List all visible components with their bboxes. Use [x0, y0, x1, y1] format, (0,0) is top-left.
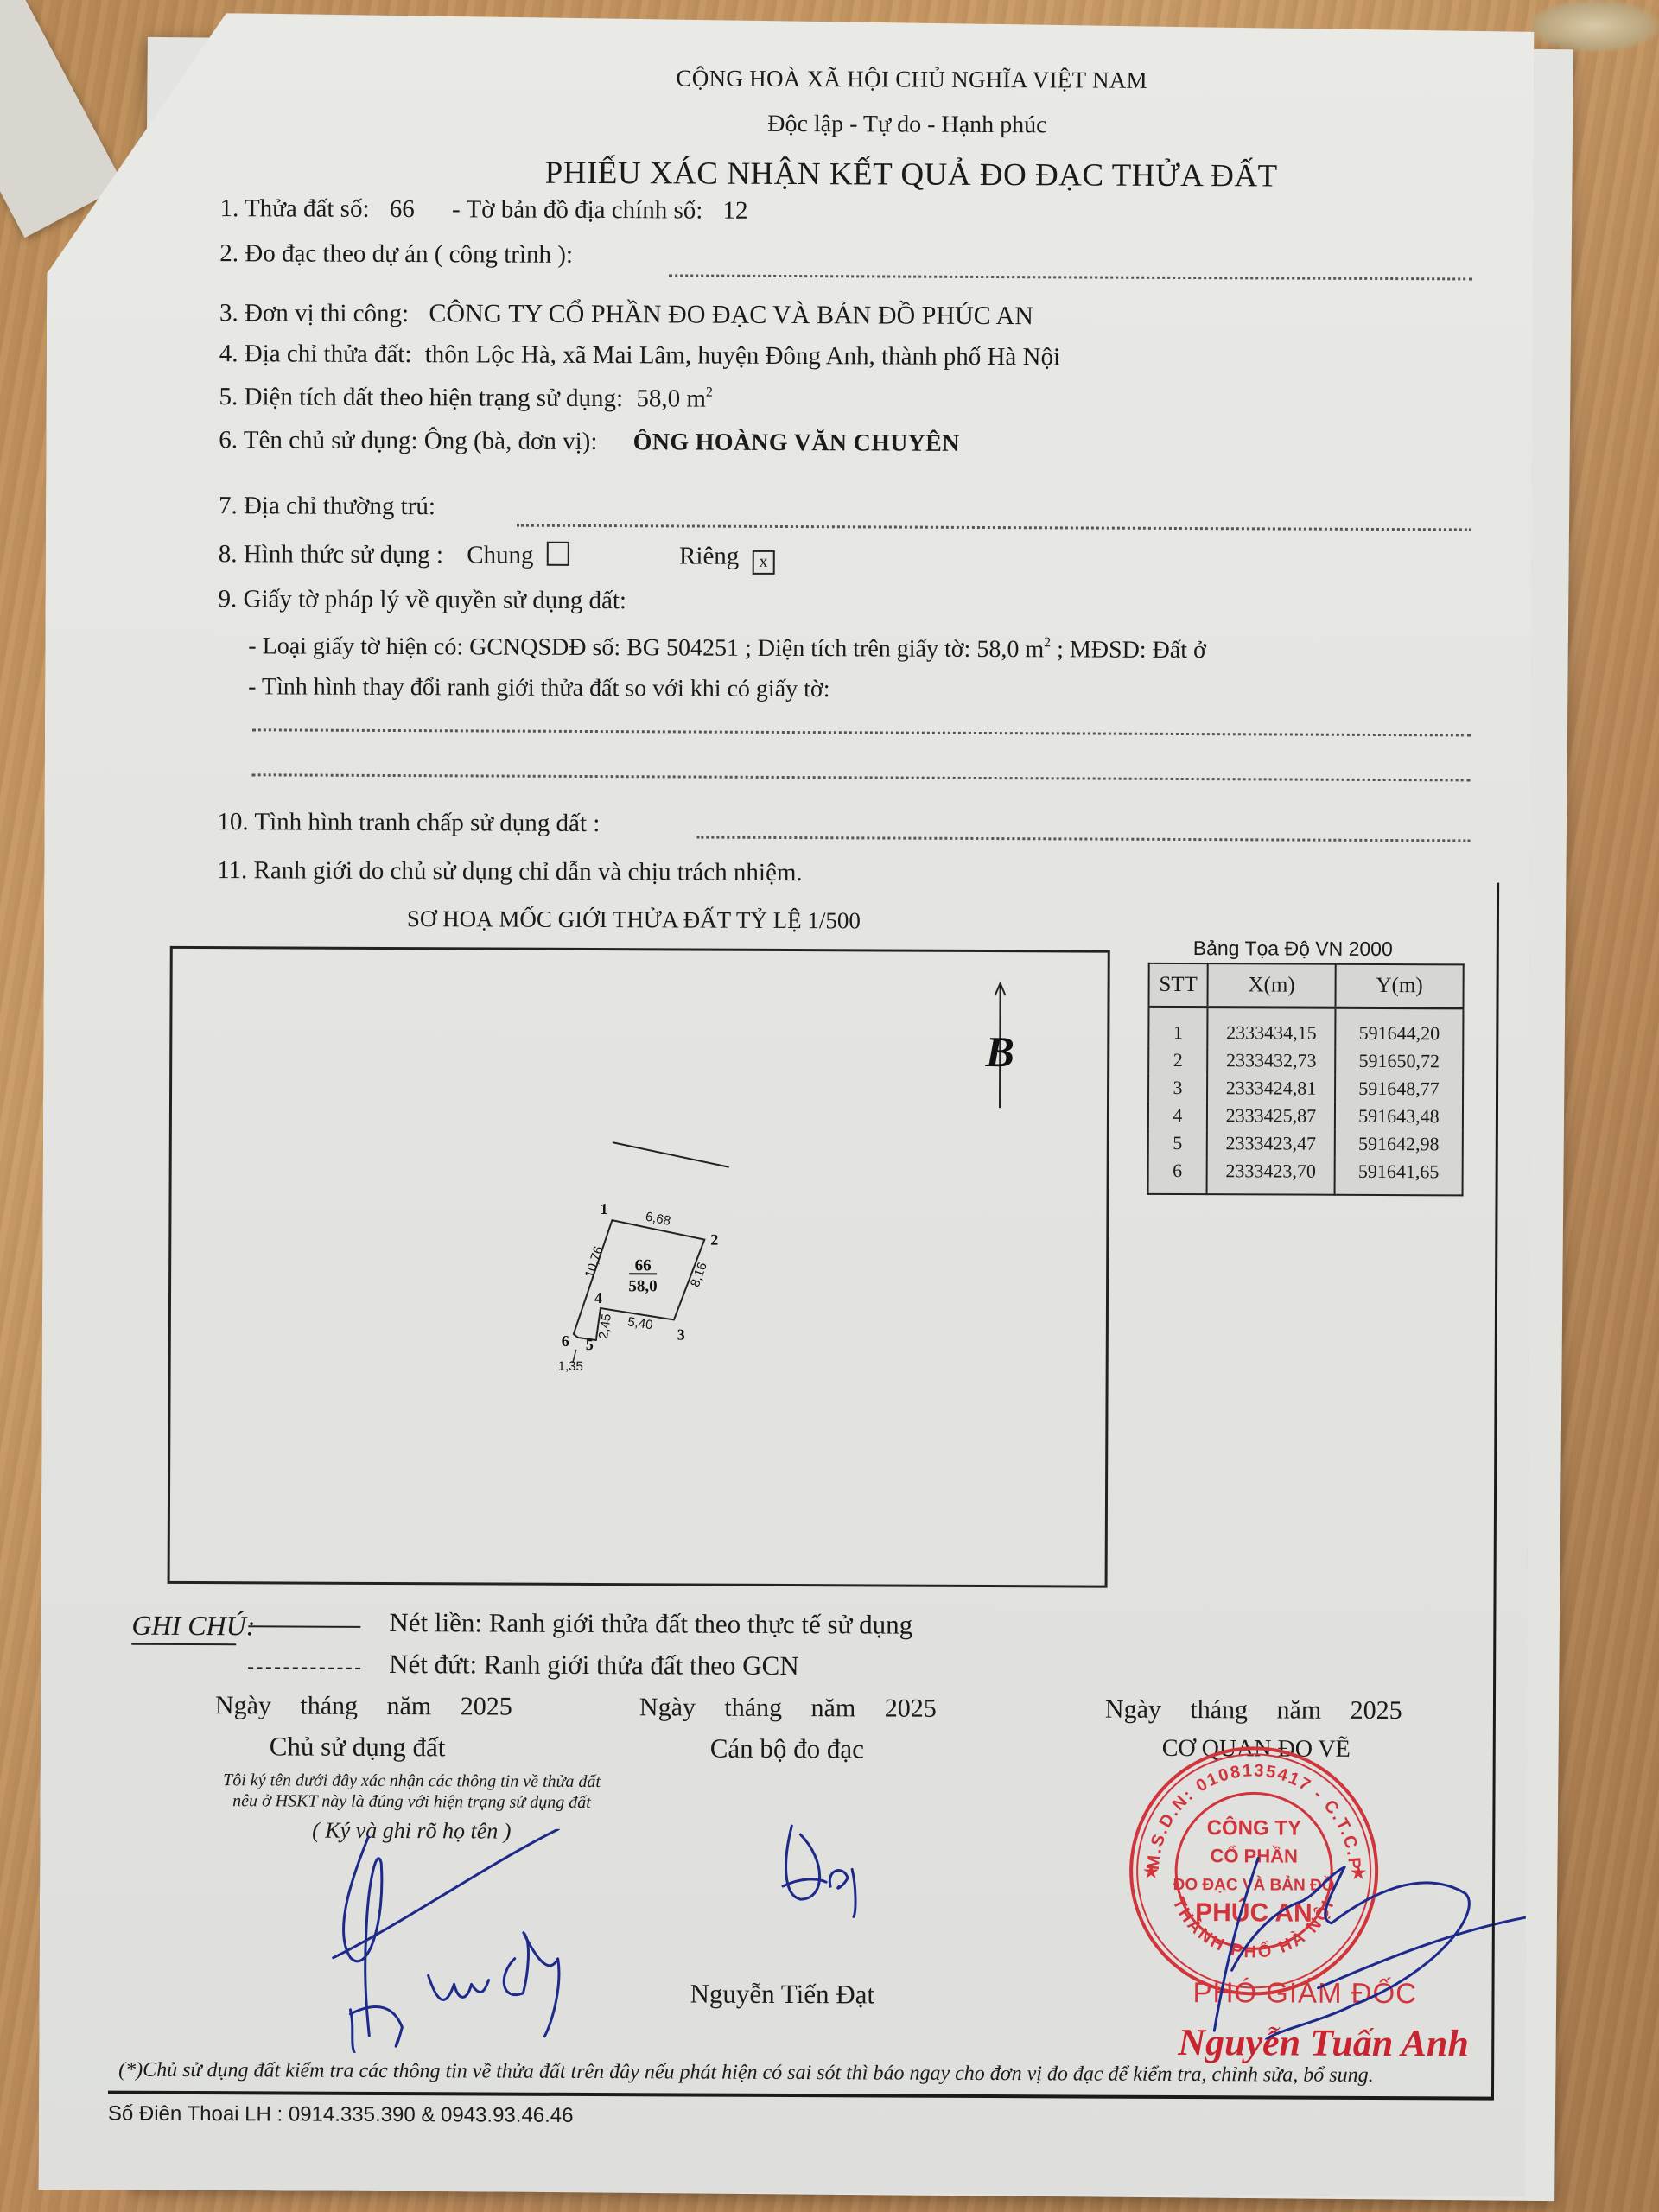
field-dispute: 10. Tình hình tranh chấp sử dụng đất :	[217, 808, 600, 838]
director-signature	[1179, 1780, 1569, 2041]
surveyor-name: Nguyễn Tiến Đạt	[690, 1979, 874, 2011]
permanent-address-blank-line	[517, 524, 1471, 531]
svg-text:8,16: 8,16	[688, 1261, 710, 1289]
coordinate-table: STT X(m) Y(m) 12333434,15591644,20223334…	[1147, 963, 1465, 1197]
parcel-sketch: B 1 2 3 4 5 6 6,68 8,16	[168, 946, 1110, 1588]
boundary-change-blank-line-1	[252, 728, 1471, 736]
area-value: 58,0 m	[636, 385, 706, 412]
field-parcel-number: 1. Thửa đất số: 66 - Tờ bản đồ địa chính…	[219, 194, 747, 226]
cell-x: 2333423,70	[1207, 1157, 1335, 1195]
background-object	[1529, 0, 1659, 52]
parcel-number-value: 66	[390, 195, 415, 223]
cell-stt: 2	[1148, 1046, 1207, 1074]
agency-date: Ngày tháng năm 2025	[1105, 1695, 1402, 1726]
svg-text:2: 2	[710, 1231, 718, 1249]
surveyor-role: Cán bộ đo đạc	[710, 1733, 864, 1765]
field-legal-paper-type: - Loại giấy tờ hiện có: GCNQSDĐ số: BG 5…	[248, 632, 1206, 664]
svg-text:★: ★	[1143, 1863, 1159, 1882]
svg-text:6,68: 6,68	[645, 1210, 672, 1229]
svg-text:2,45: 2,45	[596, 1313, 614, 1339]
surveyor-date: Ngày tháng năm 2025	[639, 1693, 937, 1723]
svg-text:1: 1	[600, 1200, 607, 1217]
column-header-x: X(m)	[1207, 963, 1335, 1007]
cell-y: 591650,72	[1335, 1047, 1463, 1076]
legend-dashed-line-sample	[248, 1667, 360, 1669]
svg-text:66: 66	[635, 1256, 652, 1274]
field-usage-type: 8. Hình thức sử dụng : Chung Riêng x	[219, 540, 775, 575]
address-value: thôn Lộc Hà, xã Mai Lâm, huyện Đông Anh,…	[425, 340, 1060, 371]
country-heading: CỘNG HOÀ XÃ HỘI CHỦ NGHĨA VIỆT NAM	[48, 62, 1534, 96]
field-boundary-responsibility: 11. Ranh giới do chủ sử dụng chỉ dẫn và …	[217, 856, 803, 887]
survey-form-sheet: CỘNG HOÀ XÃ HỘI CHỦ NGHĨA VIỆT NAM Độc l…	[39, 12, 1535, 2196]
table-row: 62333423,70591641,65	[1148, 1157, 1463, 1196]
footnote: (*)Chủ sử dụng đất kiểm tra các thông ti…	[118, 2059, 1374, 2088]
svg-text:10,76: 10,76	[582, 1244, 607, 1280]
legend-solid-line-sample	[248, 1625, 360, 1628]
field-permanent-address: 7. Địa chỉ thường trú:	[219, 492, 435, 521]
surveyor-signature	[774, 1817, 879, 1922]
contractor-value: CÔNG TY CỔ PHẦN ĐO ĐẠC VÀ BẢN ĐỒ PHÚC AN	[429, 299, 1033, 330]
table-row: 22333432,73591650,72	[1148, 1046, 1463, 1076]
owner-confirmation-note-2: nêu ở HSKT này là đúng với hiện trạng sử…	[169, 1791, 653, 1813]
cell-x: 2333432,73	[1207, 1046, 1335, 1075]
cell-y: 591643,48	[1335, 1103, 1463, 1131]
svg-text:B: B	[984, 1027, 1014, 1076]
sketch-title: SƠ HOẠ MỐC GIỚI THỬA ĐẤT TỶ LỆ 1/500	[407, 906, 861, 934]
column-header-stt: STT	[1148, 963, 1207, 1007]
cell-x: 2333434,15	[1207, 1007, 1335, 1047]
cell-stt: 5	[1148, 1129, 1207, 1157]
cell-y: 591641,65	[1335, 1158, 1463, 1196]
field-address: 4. Địa chỉ thửa đất: thôn Lộc Hà, xã Mai…	[219, 340, 1060, 372]
svg-text:5: 5	[586, 1336, 594, 1353]
cell-stt: 3	[1148, 1074, 1207, 1102]
parcel-sketch-drawing: B 1 2 3 4 5 6 6,68 8,16	[170, 949, 1108, 1586]
cell-y: 591644,20	[1335, 1007, 1463, 1047]
cell-x: 2333423,47	[1207, 1129, 1335, 1158]
svg-text:6: 6	[562, 1332, 569, 1350]
svg-text:58,0: 58,0	[628, 1277, 657, 1295]
document-title: PHIẾU XÁC NHẬN KẾT QUẢ ĐO ĐẠC THỬA ĐẤT	[48, 152, 1534, 196]
boundary-change-blank-line-2	[252, 773, 1471, 781]
field-boundary-change: - Tình hình thay đổi ranh giới thửa đất …	[248, 673, 830, 703]
svg-text:1,35: 1,35	[558, 1359, 583, 1374]
svg-text:3: 3	[677, 1325, 685, 1343]
motto: Độc lập - Tự do - Hạnh phúc	[48, 107, 1534, 142]
cell-stt: 6	[1148, 1157, 1207, 1194]
checkbox-private[interactable]: x	[753, 550, 775, 575]
field-legal-papers: 9. Giấy tờ pháp lý về quyền sử dụng đất:	[218, 585, 626, 615]
cell-stt: 1	[1148, 1007, 1207, 1046]
column-header-y: Y(m)	[1335, 964, 1463, 1008]
owner-confirmation-note-1: Tôi ký tên dưới đây xác nhận các thông t…	[170, 1770, 654, 1792]
checkbox-shared[interactable]	[547, 542, 569, 566]
cell-stt: 4	[1148, 1102, 1207, 1129]
field-project: 2. Đo đạc theo dự án ( công trình ):	[219, 239, 573, 270]
table-row: 12333434,15591644,20	[1148, 1007, 1463, 1047]
cell-x: 2333424,81	[1207, 1074, 1335, 1103]
field-contractor: 3. Đơn vị thi công: CÔNG TY CỔ PHẦN ĐO Đ…	[219, 298, 1033, 331]
table-row: 52333423,47591642,98	[1148, 1129, 1463, 1159]
table-row: 32333424,81591648,77	[1148, 1074, 1463, 1103]
cell-x: 2333425,87	[1207, 1102, 1335, 1130]
map-sheet-number: 12	[723, 197, 748, 225]
owner-role: Chủ sử dụng đất	[270, 1731, 446, 1763]
table-row: 42333425,87591643,48	[1148, 1102, 1463, 1131]
north-arrow-icon: B	[984, 983, 1014, 1108]
coordinate-table-title: Bảng Tọa Độ VN 2000	[1193, 937, 1393, 961]
legend-title: GHI CHÚ:	[131, 1610, 255, 1643]
field-area: 5. Diện tích đất theo hiện trạng sử dụng…	[219, 383, 712, 413]
cell-y: 591648,77	[1335, 1075, 1463, 1103]
svg-text:5,40: 5,40	[626, 1314, 653, 1332]
neighbor-boundary-line	[613, 1142, 729, 1167]
dispute-blank-line	[696, 836, 1470, 842]
owner-name: ÔNG HOÀNG VĂN CHUYÊN	[633, 429, 960, 457]
field-owner: 6. Tên chủ sử dụng: Ông (bà, đơn vị): ÔN…	[219, 426, 960, 458]
owner-signature	[315, 1828, 679, 2055]
parcel-label: 66 58,0	[628, 1256, 657, 1295]
svg-text:4: 4	[594, 1289, 602, 1306]
legend-dashed-text: Nét đứt: Ranh giới thửa đất theo GCN	[389, 1649, 799, 1681]
contact-phone: Số Điên Thoai LH : 0914.335.390 & 0943.9…	[108, 2102, 574, 2128]
cell-y: 591642,98	[1335, 1130, 1463, 1159]
owner-date: Ngày tháng năm 2025	[215, 1691, 512, 1721]
footer-divider	[108, 2091, 1494, 2101]
project-blank-line	[669, 274, 1472, 280]
legend-solid-text: Nét liền: Ranh giới thửa đất theo thực t…	[389, 1607, 912, 1641]
